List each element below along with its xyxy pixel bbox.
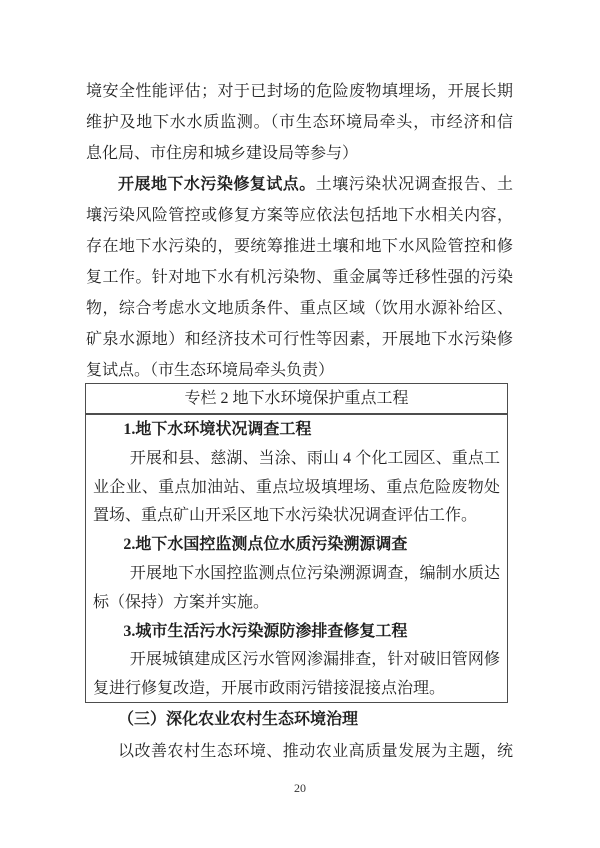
box-section-2-heading: 2.地下水国控监测点位水质污染溯源调查 — [93, 531, 500, 560]
bold-lead-text: 开展地下水污染修复试点。 — [118, 176, 316, 193]
paragraph-line: 物，综合考虑水文地质条件、重点区域（饮用水源补给区、 — [86, 293, 513, 324]
box-section-1-line: 开展和县、慈湖、当涂、雨山 4 个化工园区、重点工 — [93, 445, 500, 474]
section-heading-3: （三）深化农业农村生态环境治理 — [86, 704, 513, 735]
paragraph-line: 复工作。针对地下水有机污染物、重金属等迁移性强的污染 — [86, 262, 513, 293]
paragraph-line: 境安全性能评估；对于已封场的危险废物填埋场，开展长期 — [86, 76, 513, 107]
paragraph-line: 复试点。（市生态环境局牵头负责） — [86, 355, 513, 386]
box-section-3-line: 复进行修复改造，开展市政雨污错接混接点治理。 — [93, 675, 500, 704]
paragraph-line: 矿泉水源地）和经济技术可行性等因素，开展地下水污染修 — [86, 324, 513, 355]
main-text-block: 境安全性能评估；对于已封场的危险废物填埋场，开展长期 维护及地下水水质监测。（市… — [86, 76, 513, 386]
column-box-2: 专栏 2 地下水环境保护重点工程 1.地下水环境状况调查工程 开展和县、慈湖、当… — [85, 383, 508, 703]
paragraph-line-text: 土壤污染状况调查报告、土 — [316, 176, 513, 193]
box-section-2-line: 开展地下水国控监测点位污染溯源调查，编制水质达 — [93, 560, 500, 589]
document-page: 境安全性能评估；对于已封场的危险废物填埋场，开展长期 维护及地下水水质监测。（市… — [0, 0, 600, 848]
paragraph-3-first-line: 以改善农村生态环境、推动农业高质量发展为主题，统 — [86, 736, 513, 767]
paragraph-2: 开展地下水污染修复试点。土壤污染状况调查报告、土 壤污染风险管控或修复方案等应依… — [86, 169, 513, 386]
page-number: 20 — [0, 781, 600, 796]
paragraph-line: 壤污染风险管控或修复方案等应依法包括地下水相关内容， — [86, 200, 513, 231]
paragraph-line: 存在地下水污染的，要统筹推进土壤和地下水风险管控和修 — [86, 231, 513, 262]
box-section-2-line: 标（保持）方案并实施。 — [93, 589, 500, 618]
column-box-body: 1.地下水环境状况调查工程 开展和县、慈湖、当涂、雨山 4 个化工园区、重点工 … — [86, 415, 507, 704]
box-section-3-line: 开展城镇建成区污水管网渗漏排查，针对破旧管网修 — [93, 646, 500, 675]
box-section-1-line: 置场、重点矿山开采区地下水污染状况调查评估工作。 — [93, 502, 500, 531]
box-section-3-heading: 3.城市生活污水污染源防渗排查修复工程 — [93, 618, 500, 647]
paragraph-1: 境安全性能评估；对于已封场的危险废物填埋场，开展长期 维护及地下水水质监测。（市… — [86, 76, 513, 169]
box-section-1-heading: 1.地下水环境状况调查工程 — [93, 416, 500, 445]
box-section-1-line: 业企业、重点加油站、重点垃圾填埋场、重点危险废物处 — [93, 474, 500, 503]
column-box-title: 专栏 2 地下水环境保护重点工程 — [86, 384, 507, 415]
paragraph-line: 息化局、市住房和城乡建设局等参与） — [86, 138, 513, 169]
paragraph-line: 开展地下水污染修复试点。土壤污染状况调查报告、土 — [86, 169, 513, 200]
paragraph-line: 维护及地下水水质监测。（市生态环境局牵头，市经济和信 — [86, 107, 513, 138]
